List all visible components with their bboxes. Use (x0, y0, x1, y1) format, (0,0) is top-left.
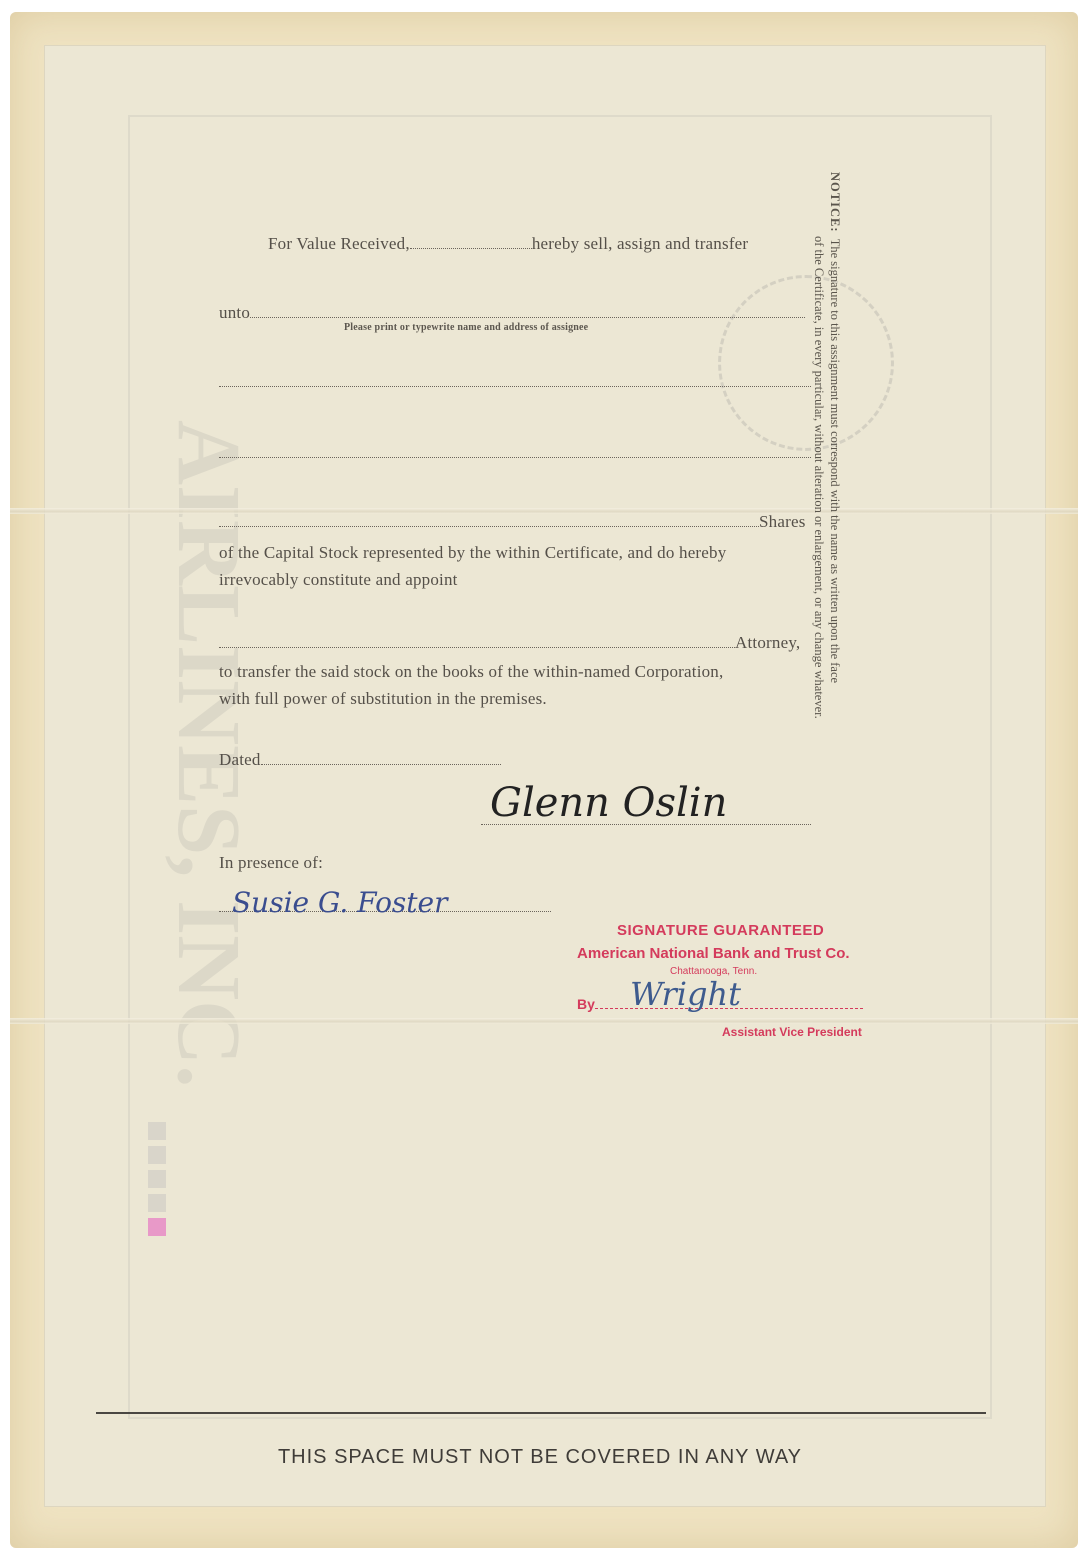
assignee-address-blank-2[interactable] (219, 457, 811, 458)
do-not-cover-warning: THIS SPACE MUST NOT BE COVERED IN ANY WA… (0, 1446, 1080, 1469)
unto-line: unto (219, 303, 805, 323)
assignor-blank[interactable] (410, 248, 532, 249)
guarantor-officer-title: Assistant Vice President (722, 1025, 862, 1039)
show-through-seal (718, 275, 894, 451)
show-through-serial-marks (148, 1122, 168, 1242)
unto-label: unto (219, 303, 250, 322)
serial-mark-pink (148, 1218, 166, 1236)
assignee-address-blank-1[interactable] (219, 386, 811, 387)
shares-line: Shares (219, 512, 806, 532)
notice-line-1: The signature to this assignment must co… (828, 239, 842, 683)
assignee-address-line-1 (219, 372, 811, 392)
guarantor-signature: Wright (630, 975, 741, 1013)
assignee-address-line-2 (219, 443, 811, 463)
fold-crease-lower (10, 1018, 1078, 1024)
serial-mark (148, 1194, 166, 1212)
notice-block: NOTICE: The signature to this assignment… (811, 172, 843, 1002)
attorney-label: Attorney, (735, 633, 800, 652)
shares-label: Shares (759, 512, 806, 531)
transfer-text: to transfer the said stock on the books … (219, 662, 723, 682)
for-value-received-label: For Value Received, (268, 234, 410, 253)
shares-count-blank[interactable] (219, 526, 759, 527)
signature-guaranteed-stamp: SIGNATURE GUARANTEED (617, 922, 824, 939)
notice-line-2: of the Certificate, in every particular,… (811, 172, 827, 1002)
substitution-text: with full power of substitution in the p… (219, 689, 547, 709)
serial-mark (148, 1170, 166, 1188)
notice-label: NOTICE: (828, 172, 842, 232)
assignor-signature: Glenn Oslin (490, 780, 727, 826)
assignee-name-blank[interactable] (250, 317, 805, 318)
attorney-name-blank[interactable] (219, 647, 735, 648)
guarantor-bank-name: American National Bank and Trust Co. (577, 945, 850, 962)
appoint-text: irrevocably constitute and appoint (219, 570, 458, 590)
footer-rule (96, 1412, 986, 1414)
in-presence-of-label: In presence of: (219, 853, 323, 873)
attorney-line: Attorney, (219, 633, 800, 653)
sell-assign-transfer-label: hereby sell, assign and transfer (532, 234, 748, 253)
for-value-received-line: For Value Received,hereby sell, assign a… (268, 234, 748, 254)
witness-signature: Susie G. Foster (232, 886, 448, 919)
date-blank[interactable] (261, 764, 501, 765)
serial-mark (148, 1146, 166, 1164)
by-label: By (577, 996, 595, 1012)
capital-stock-text: of the Capital Stock represented by the … (219, 543, 726, 563)
assignee-hint: Please print or typewrite name and addre… (344, 322, 588, 333)
dated-label: Dated (219, 750, 261, 769)
serial-mark (148, 1122, 166, 1140)
dated-line: Dated (219, 750, 501, 770)
